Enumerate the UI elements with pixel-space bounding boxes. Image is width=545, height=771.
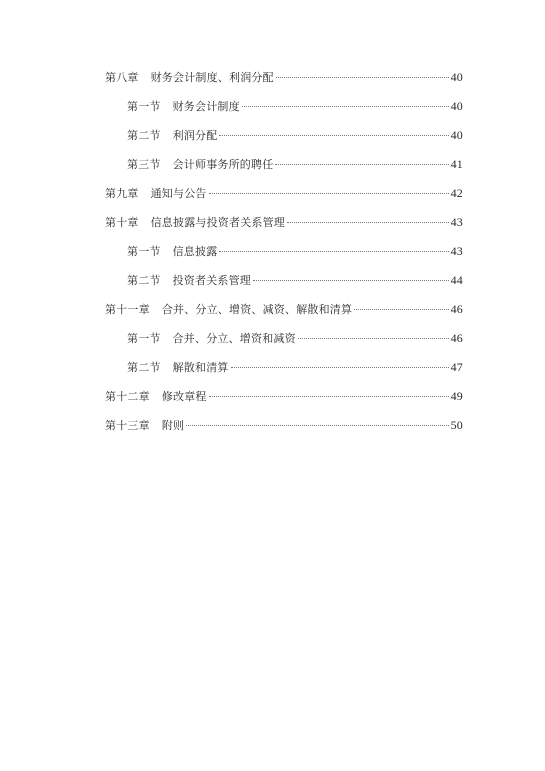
toc-entry-title: 财务会计制度 <box>173 98 240 116</box>
toc-entry-section[interactable]: 第二节 投资者关系管理 44 <box>105 271 463 300</box>
toc-entry-page: 47 <box>451 358 463 376</box>
toc-entry-title: 信息披露与投资者关系管理 <box>151 214 285 232</box>
toc-entry-number: 第十二章 <box>105 388 150 406</box>
toc-entry-chapter-13[interactable]: 第十三章 附则 50 <box>105 416 463 445</box>
toc-entry-number: 第一节 <box>127 330 161 348</box>
dot-leader <box>219 251 448 252</box>
table-of-contents: 第八章 财务会计制度、利润分配 40 第一节 财务会计制度 40 第二节 利润分… <box>105 68 463 445</box>
dot-leader <box>186 425 448 426</box>
dot-leader <box>209 193 449 194</box>
toc-entry-number: 第十章 <box>105 214 139 232</box>
dot-leader <box>276 77 449 78</box>
toc-entry-title: 财务会计制度、利润分配 <box>151 69 274 87</box>
toc-entry-page: 40 <box>451 126 463 144</box>
dot-leader <box>354 309 448 310</box>
toc-entry-title: 信息披露 <box>173 243 218 261</box>
toc-entry-number: 第九章 <box>105 185 139 203</box>
toc-entry-title: 利润分配 <box>173 127 218 145</box>
dot-leader <box>242 106 449 107</box>
toc-entry-page: 43 <box>451 213 463 231</box>
toc-entry-section[interactable]: 第一节 财务会计制度 40 <box>105 97 463 126</box>
toc-entry-chapter-10[interactable]: 第十章 信息披露与投资者关系管理 43 <box>105 213 463 242</box>
toc-entry-chapter-9[interactable]: 第九章 通知与公告 42 <box>105 184 463 213</box>
toc-entry-section[interactable]: 第二节 解散和清算 47 <box>105 358 463 387</box>
toc-entry-page: 43 <box>451 242 463 260</box>
toc-entry-number: 第十三章 <box>105 417 150 435</box>
dot-leader <box>231 367 449 368</box>
toc-entry-chapter-12[interactable]: 第十二章 修改章程 49 <box>105 387 463 416</box>
toc-entry-section[interactable]: 第一节 合并、分立、增资和减资 46 <box>105 329 463 358</box>
toc-entry-number: 第一节 <box>127 98 161 116</box>
toc-entry-number: 第十一章 <box>105 301 150 319</box>
toc-entry-page: 41 <box>451 155 463 173</box>
toc-entry-page: 46 <box>451 300 463 318</box>
toc-entry-page: 49 <box>451 387 463 405</box>
toc-entry-page: 40 <box>451 68 463 86</box>
dot-leader <box>298 338 449 339</box>
toc-entry-title: 通知与公告 <box>151 185 207 203</box>
toc-entry-section[interactable]: 第二节 利润分配 40 <box>105 126 463 155</box>
toc-entry-page: 50 <box>451 416 463 434</box>
dot-leader <box>219 135 448 136</box>
toc-entry-number: 第二节 <box>127 272 161 290</box>
toc-entry-number: 第二节 <box>127 127 161 145</box>
dot-leader <box>287 222 449 223</box>
dot-leader <box>275 164 448 165</box>
toc-entry-page: 44 <box>451 271 463 289</box>
toc-entry-title: 会计师事务所的聘任 <box>173 156 274 174</box>
toc-entry-page: 40 <box>451 97 463 115</box>
toc-entry-number: 第一节 <box>127 243 161 261</box>
toc-entry-title: 合并、分立、增资、减资、解散和清算 <box>162 301 352 319</box>
toc-entry-title: 附则 <box>162 417 184 435</box>
toc-entry-page: 46 <box>451 329 463 347</box>
dot-leader <box>209 396 449 397</box>
dot-leader <box>253 280 449 281</box>
toc-entry-section[interactable]: 第三节 会计师事务所的聘任 41 <box>105 155 463 184</box>
toc-entry-number: 第二节 <box>127 359 161 377</box>
toc-entry-number: 第三节 <box>127 156 161 174</box>
toc-entry-title: 修改章程 <box>162 388 207 406</box>
toc-entry-number: 第八章 <box>105 69 139 87</box>
toc-entry-title: 解散和清算 <box>173 359 229 377</box>
toc-entry-title: 合并、分立、增资和减资 <box>173 330 296 348</box>
toc-entry-chapter-8[interactable]: 第八章 财务会计制度、利润分配 40 <box>105 68 463 97</box>
toc-entry-chapter-11[interactable]: 第十一章 合并、分立、增资、减资、解散和清算 46 <box>105 300 463 329</box>
toc-entry-title: 投资者关系管理 <box>173 272 251 290</box>
toc-entry-page: 42 <box>451 184 463 202</box>
toc-entry-section[interactable]: 第一节 信息披露 43 <box>105 242 463 271</box>
